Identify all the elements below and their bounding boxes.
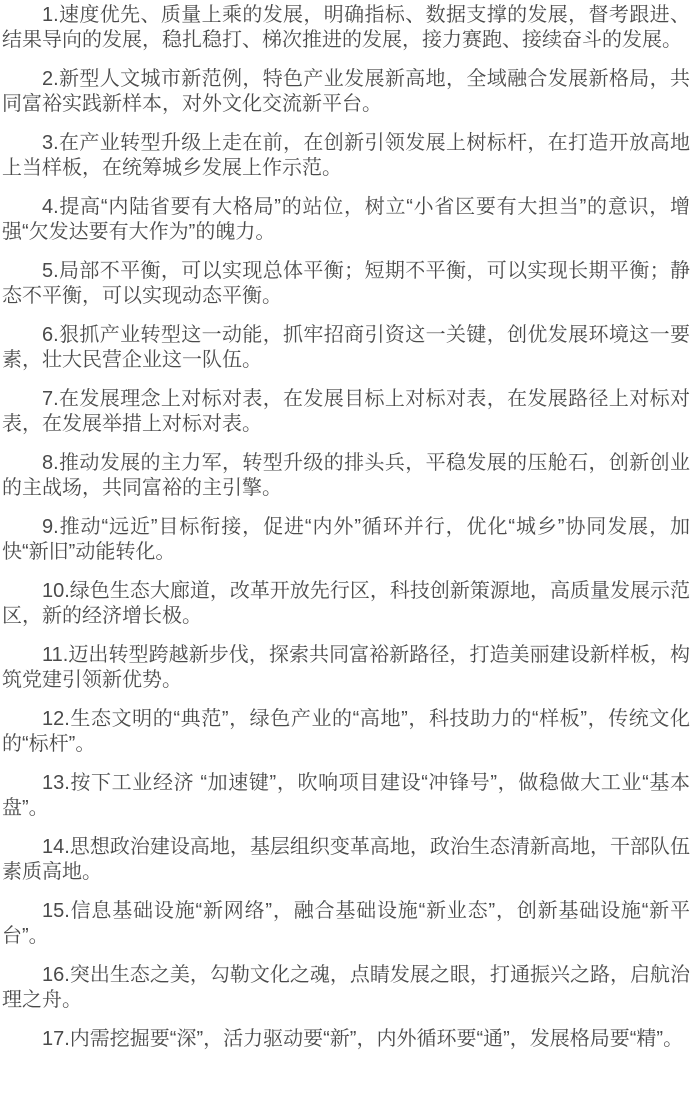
paragraph-11: 11.迈出转型跨越新步伐，探索共同富裕新路径，打造美丽建设新样板，构筑党建引领新… xyxy=(2,643,690,693)
paragraph-8: 8.推动发展的主力军，转型升级的排头兵，平稳发展的压舱石，创新创业的主战场，共同… xyxy=(2,451,690,501)
paragraph-17: 17.内需挖掘要“深”，活力驱动要“新”，内外循环要“通”，发展格局要“精”。 xyxy=(2,1027,690,1052)
paragraph-6: 6.狠抓产业转型这一动能，抓牢招商引资这一关键，创优发展环境这一要素，壮大民营企… xyxy=(2,323,690,373)
paragraph-9: 9.推动“远近”目标衔接，促进“内外”循环并行，优化“城乡”协同发展，加快“新旧… xyxy=(2,515,690,565)
paragraph-1: 1.速度优先、质量上乘的发展，明确指标、数据支撑的发展，督考跟进、结果导向的发展… xyxy=(2,3,690,53)
document-body: 1.速度优先、质量上乘的发展，明确指标、数据支撑的发展，督考跟进、结果导向的发展… xyxy=(0,0,693,1052)
paragraph-7: 7.在发展理念上对标对表，在发展目标上对标对表，在发展路径上对标对表，在发展举措… xyxy=(2,387,690,437)
paragraph-3: 3.在产业转型升级上走在前，在创新引领发展上树标杆，在打造开放高地上当样板，在统… xyxy=(2,131,690,181)
paragraph-5: 5.局部不平衡，可以实现总体平衡；短期不平衡，可以实现长期平衡；静态不平衡，可以… xyxy=(2,259,690,309)
paragraph-16: 16.突出生态之美，勾勒文化之魂，点睛发展之眼，打通振兴之路，启航治理之舟。 xyxy=(2,963,690,1013)
paragraph-4: 4.提高“内陆省要有大格局”的站位，树立“小省区要有大担当”的意识，增强“欠发达… xyxy=(2,195,690,245)
paragraph-10: 10.绿色生态大廊道，改革开放先行区，科技创新策源地，高质量发展示范区，新的经济… xyxy=(2,579,690,629)
paragraph-13: 13.按下工业经济 “加速键”，吹响项目建设“冲锋号”，做稳做大工业“基本盘”。 xyxy=(2,771,690,821)
paragraph-12: 12.生态文明的“典范”，绿色产业的“高地”，科技助力的“样板”，传统文化的“标… xyxy=(2,707,690,757)
paragraph-15: 15.信息基础设施“新网络”，融合基础设施“新业态”，创新基础设施“新平台”。 xyxy=(2,899,690,949)
paragraph-14: 14.思想政治建设高地，基层组织变革高地，政治生态清新高地，干部队伍素质高地。 xyxy=(2,835,690,885)
paragraph-2: 2.新型人文城市新范例，特色产业发展新高地，全域融合发展新格局，共同富裕实践新样… xyxy=(2,67,690,117)
